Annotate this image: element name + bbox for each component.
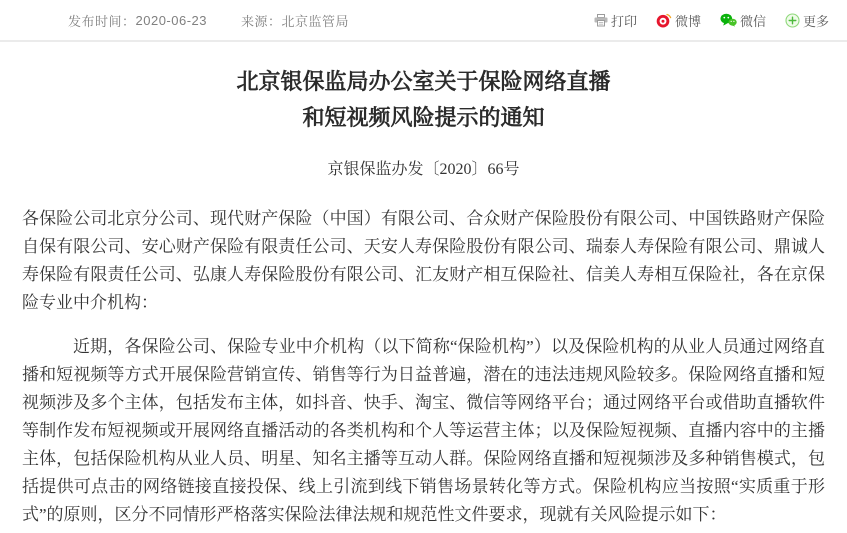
publish-time-label: 发布时间： <box>68 11 136 30</box>
publish-time-value: 2020-06-23 <box>136 13 208 28</box>
wechat-label: 微信 <box>740 11 766 30</box>
more-label: 更多 <box>803 11 829 30</box>
topbar: 发布时间： 2020-06-23 来源： 北京监管局 打印 <box>0 0 847 42</box>
printer-icon <box>594 14 608 27</box>
document-title-line1: 北京银保监局办公室关于保险网络直播 <box>236 69 610 94</box>
print-button[interactable]: 打印 <box>594 11 637 30</box>
notice-page: 发布时间： 2020-06-23 来源： 北京监管局 打印 <box>0 0 847 533</box>
wechat-share-button[interactable]: 微信 <box>720 11 766 30</box>
addressee-paragraph: 各保险公司北京分公司、现代财产保险（中国）有限公司、合众财产保险股份有限公司、中… <box>22 205 825 317</box>
document-number: 京银保监办发〔2020〕66号 <box>22 156 825 179</box>
document-body: 各保险公司北京分公司、现代财产保险（中国）有限公司、合众财产保险股份有限公司、中… <box>22 205 825 529</box>
wechat-icon <box>720 13 737 28</box>
article-meta: 发布时间： 2020-06-23 来源： 北京监管局 <box>68 11 349 30</box>
source-value: 北京监管局 <box>282 11 350 30</box>
weibo-icon <box>656 13 672 28</box>
weibo-label: 微博 <box>675 11 701 30</box>
print-label: 打印 <box>611 11 637 30</box>
more-share-button[interactable]: 更多 <box>785 11 829 30</box>
more-icon <box>785 13 800 28</box>
source-label: 来源： <box>241 11 282 30</box>
intro-paragraph: 近期，各保险公司、保险专业中介机构（以下简称“保险机构”）以及保险机构的从业人员… <box>22 333 825 529</box>
document-title: 北京银保监局办公室关于保险网络直播 和短视频风险提示的通知 <box>22 64 825 136</box>
weibo-share-button[interactable]: 微博 <box>656 11 701 30</box>
share-toolbar: 打印 微博 <box>575 11 829 30</box>
document-content: 北京银保监局办公室关于保险网络直播 和短视频风险提示的通知 京银保监办发〔202… <box>0 64 847 529</box>
document-title-line2: 和短视频风险提示的通知 <box>302 105 544 130</box>
